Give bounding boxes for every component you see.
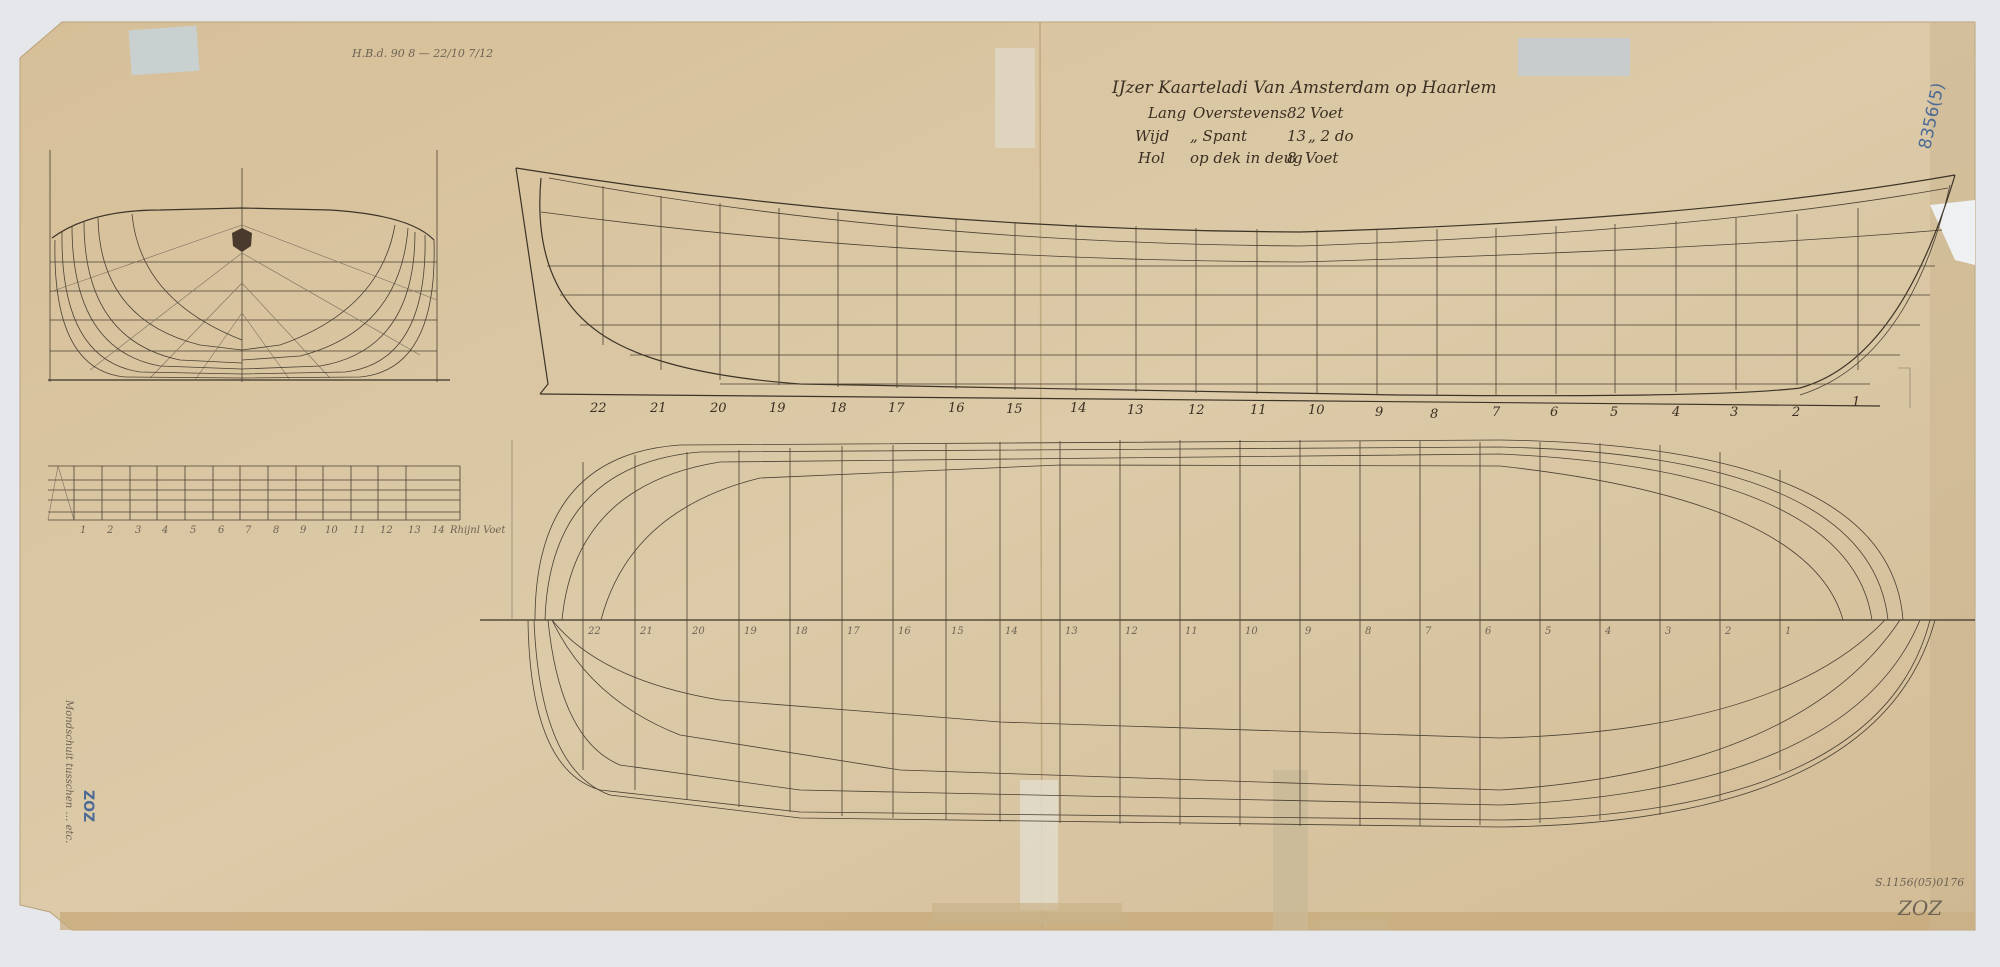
svg-text:8: 8 [1287, 149, 1297, 167]
svg-text:6: 6 [218, 525, 225, 536]
svg-text:9: 9 [300, 525, 307, 536]
dimension-row-length: Lang Overstevens 82 Voet [1147, 104, 1344, 122]
svg-text:19: 19 [769, 401, 786, 416]
svg-text:12: 12 [380, 525, 393, 536]
tape-top-right [1518, 38, 1630, 76]
svg-text:7: 7 [245, 525, 252, 536]
svg-text:1: 1 [80, 525, 86, 536]
archive-reference: S.1156(05)0176 [1875, 876, 1964, 889]
svg-text:Wijd: Wijd [1135, 127, 1169, 145]
svg-text:1: 1 [1852, 395, 1860, 410]
svg-text:5: 5 [1545, 626, 1551, 637]
svg-text:14: 14 [432, 525, 445, 536]
tape-top-left [129, 26, 200, 76]
svg-text:17: 17 [888, 401, 905, 416]
svg-text:21: 21 [639, 626, 653, 637]
archive-code: ZOZ [1897, 896, 1943, 920]
tape-bottom-4 [1318, 918, 1388, 930]
svg-text:7: 7 [1492, 405, 1501, 420]
svg-text:13: 13 [1287, 127, 1306, 145]
svg-text:8: 8 [273, 525, 279, 536]
margin-code: ZOZ [80, 790, 96, 822]
svg-text:12: 12 [1125, 626, 1138, 637]
svg-text:16: 16 [898, 626, 911, 637]
svg-text:1: 1 [1785, 626, 1791, 637]
svg-text:Voet: Voet [1310, 104, 1344, 122]
svg-text:5: 5 [190, 525, 196, 536]
svg-text:13: 13 [408, 525, 421, 536]
svg-text:„ Spant: „ Spant [1190, 127, 1248, 145]
ship-plan-sheet: IJzer Kaarteladi Van Amsterdam op Haarle… [0, 0, 2000, 967]
svg-text:2: 2 [106, 525, 113, 536]
svg-text:5: 5 [1610, 405, 1618, 420]
svg-text:3: 3 [1730, 405, 1738, 420]
svg-text:12: 12 [1188, 403, 1205, 418]
svg-text:8: 8 [1430, 407, 1438, 422]
svg-text:21: 21 [649, 401, 667, 416]
svg-text:17: 17 [847, 626, 860, 637]
svg-text:22: 22 [587, 626, 601, 637]
title-text: IJzer Kaarteladi Van Amsterdam op Haarle… [1111, 78, 1497, 98]
svg-text:9: 9 [1305, 626, 1312, 637]
svg-text:14: 14 [1070, 401, 1087, 416]
tape-bottom-1 [1020, 780, 1058, 910]
svg-text:7: 7 [1425, 626, 1432, 637]
svg-text:„ 2 do: „ 2 do [1308, 127, 1353, 145]
svg-text:Lang: Lang [1147, 104, 1186, 122]
tape-top-center [995, 48, 1035, 148]
svg-text:4: 4 [1671, 405, 1680, 420]
tape-bottom-3 [932, 903, 1122, 925]
dimension-row-width: Wijd „ Spant 13 „ 2 do [1135, 127, 1353, 145]
svg-text:8: 8 [1365, 626, 1371, 637]
svg-text:13: 13 [1127, 403, 1144, 418]
svg-text:4: 4 [1604, 626, 1611, 637]
right-edge-shadow [1930, 22, 1975, 930]
svg-text:Overstevens: Overstevens [1193, 104, 1287, 122]
svg-text:20: 20 [709, 401, 727, 416]
svg-text:15: 15 [951, 626, 964, 637]
svg-text:10: 10 [1308, 403, 1325, 418]
svg-text:11: 11 [1250, 403, 1267, 418]
svg-text:6: 6 [1485, 626, 1492, 637]
svg-text:3: 3 [1665, 626, 1671, 637]
svg-text:82: 82 [1287, 104, 1306, 122]
svg-text:10: 10 [1245, 626, 1258, 637]
svg-text:Hol: Hol [1137, 149, 1165, 167]
svg-text:16: 16 [948, 401, 965, 416]
margin-note-vertical: Mondschuit tusschen … etc. [63, 699, 74, 843]
svg-text:2: 2 [1791, 405, 1800, 420]
svg-text:6: 6 [1550, 405, 1558, 420]
tape-bottom-2 [1273, 770, 1308, 930]
svg-text:20: 20 [691, 626, 705, 637]
scale-unit-label: Rhijnl Voet [449, 525, 506, 536]
svg-text:19: 19 [744, 626, 757, 637]
svg-text:4: 4 [161, 525, 168, 536]
svg-text:13: 13 [1065, 626, 1078, 637]
svg-text:2: 2 [1724, 626, 1731, 637]
svg-text:11: 11 [353, 525, 366, 536]
pencil-annotation-top: H.B.d. 90 8 — 22/10 7/12 [351, 47, 493, 60]
svg-text:9: 9 [1375, 405, 1383, 420]
svg-text:Voet: Voet [1305, 149, 1339, 167]
svg-text:14: 14 [1005, 626, 1018, 637]
svg-text:15: 15 [1006, 402, 1023, 417]
svg-text:18: 18 [830, 401, 847, 416]
svg-text:22: 22 [589, 401, 607, 416]
svg-text:op dek in deug: op dek in deug [1190, 149, 1303, 167]
svg-text:3: 3 [135, 525, 141, 536]
svg-text:18: 18 [795, 626, 808, 637]
svg-text:10: 10 [325, 525, 338, 536]
svg-text:11: 11 [1185, 626, 1198, 637]
